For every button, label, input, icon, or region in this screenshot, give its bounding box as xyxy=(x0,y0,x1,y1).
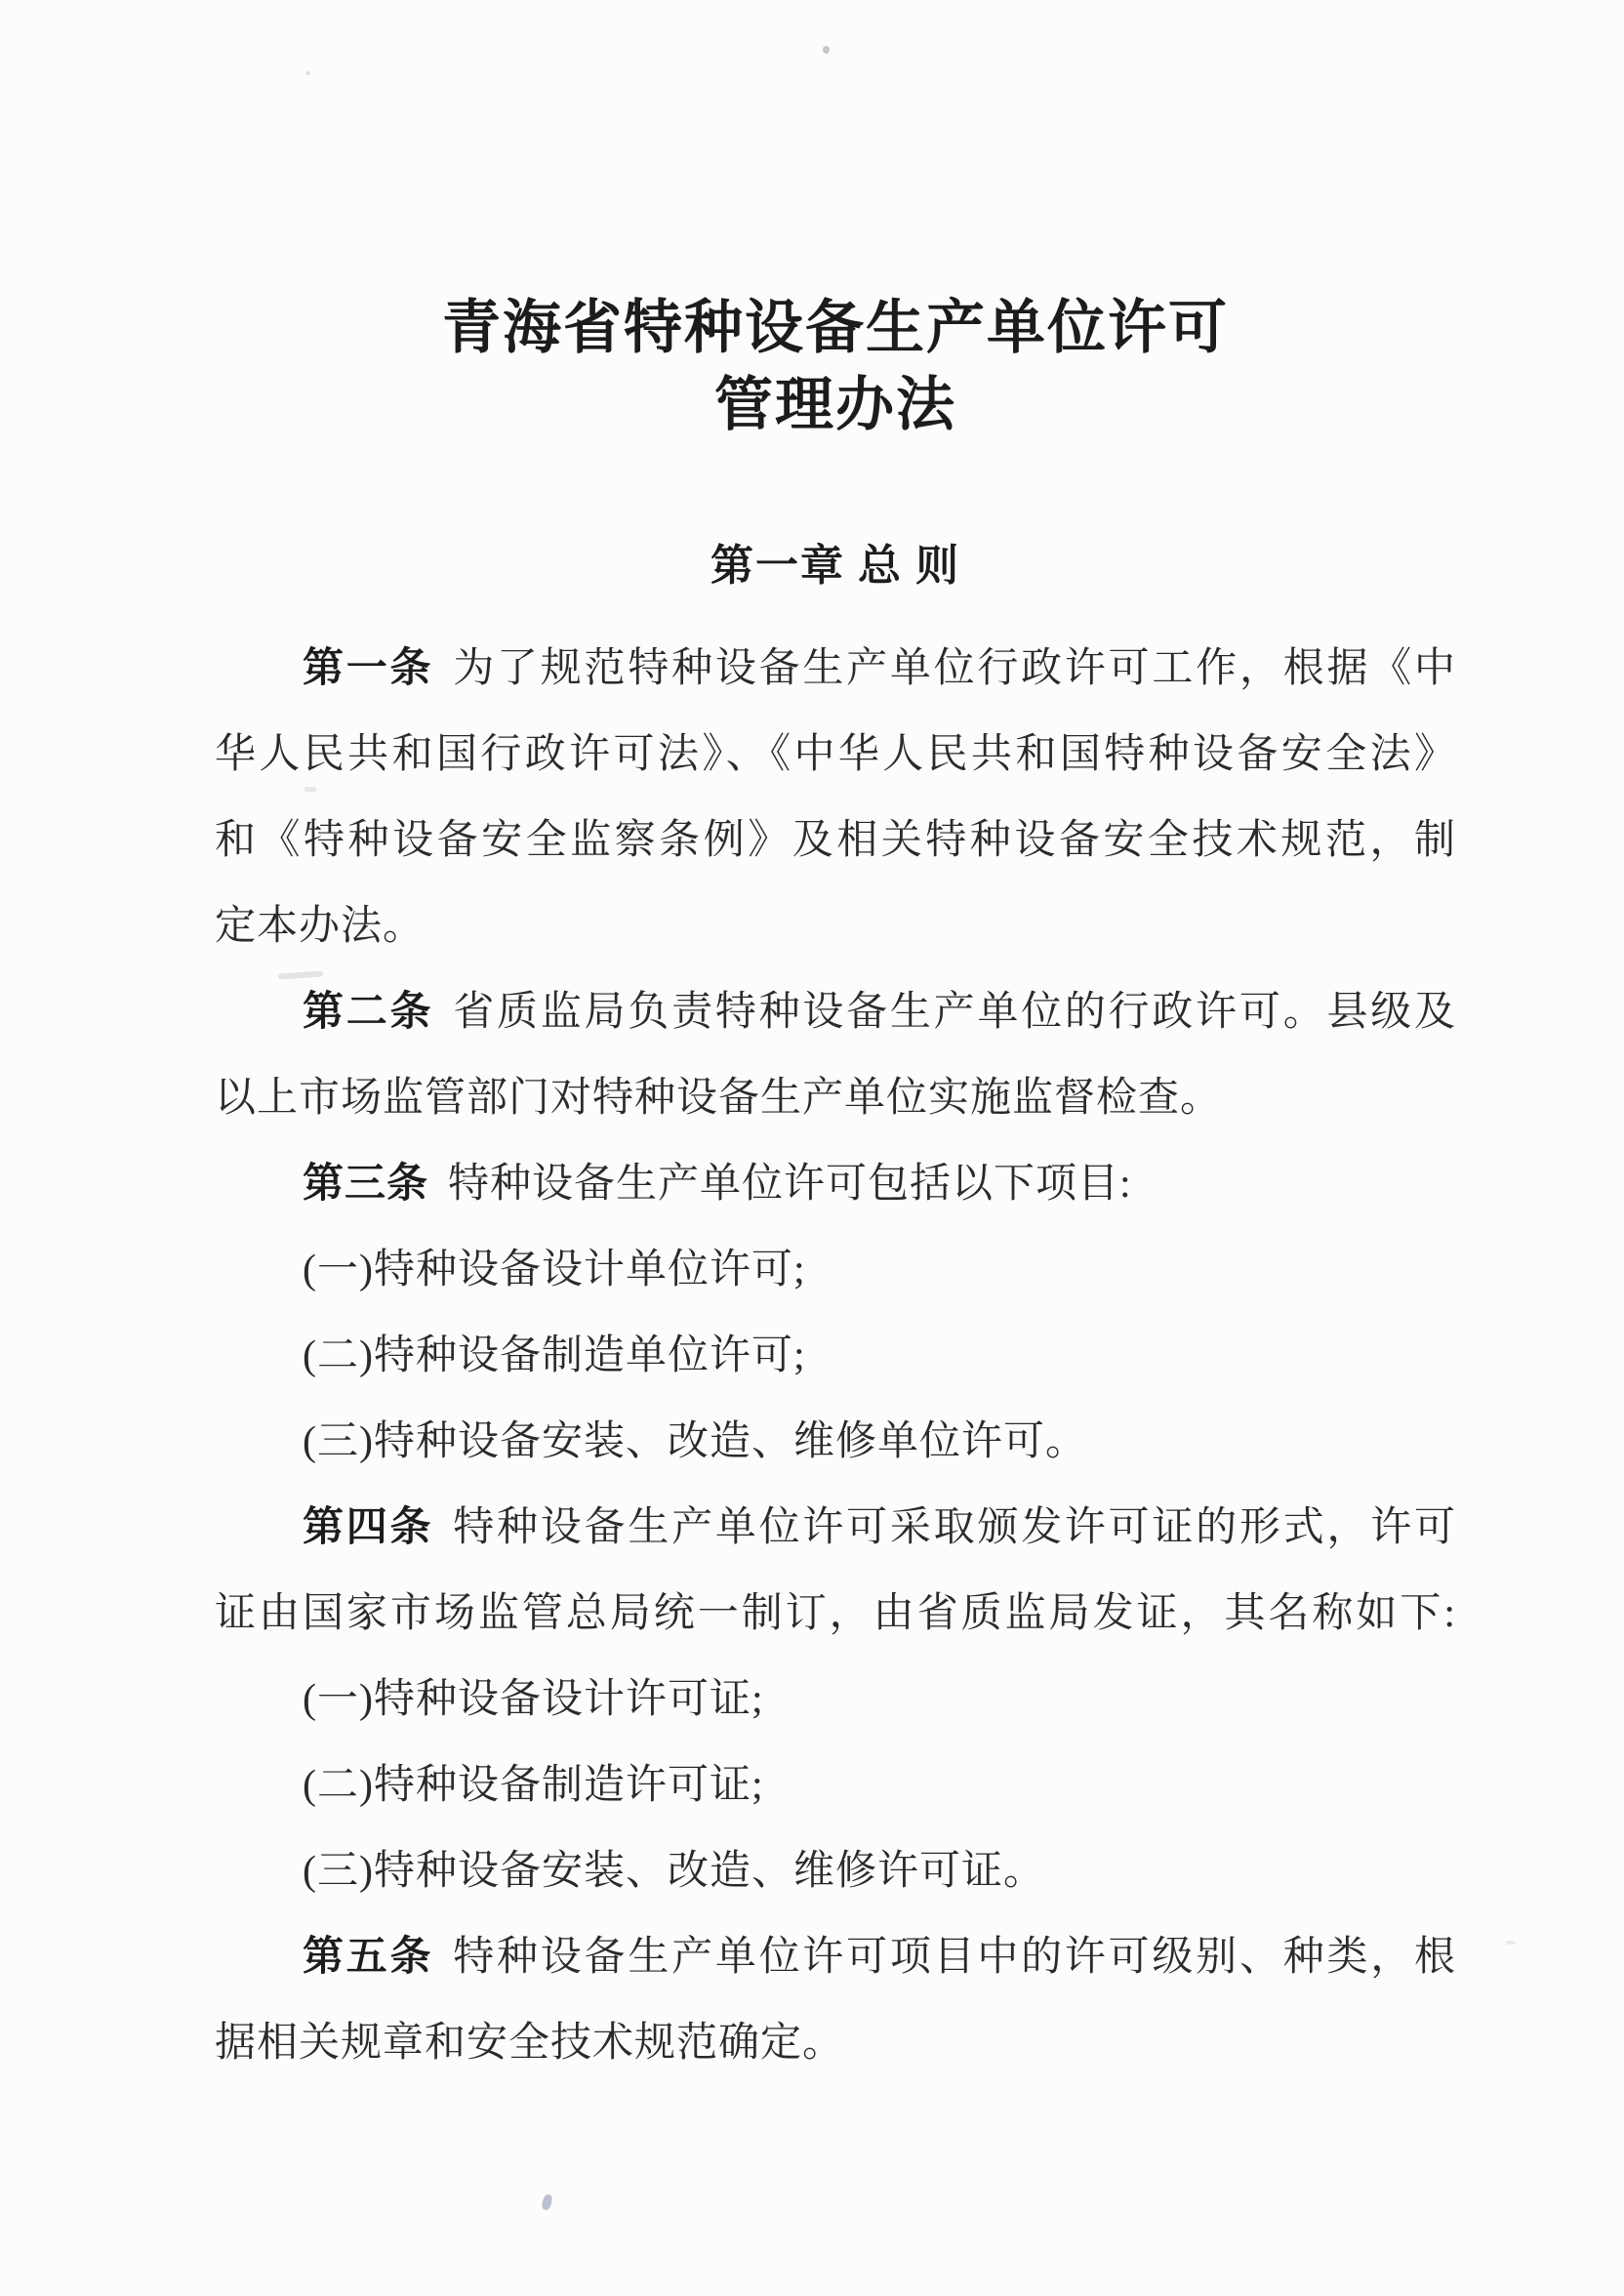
text-line: 华人民共和国行政许可法》、《中华人民共和国特种设备安全法》 xyxy=(215,712,1456,798)
text-line: 定本办法。 xyxy=(215,883,1456,969)
text-line: 证由国家市场监管总局统一制订，由省质监局发证，其名称如下: xyxy=(215,1571,1456,1657)
text-line: 据相关规章和安全技术规范确定。 xyxy=(215,2000,1456,2086)
list-item-line: (一)特种设备设计单位许可; xyxy=(215,1227,1456,1313)
line-text: 特种设备生产单位许可项目中的许可级别、种类，根 xyxy=(453,1935,1456,1980)
text-line: 和《特种设备安全监察条例》及相关特种设备安全技术规范，制 xyxy=(215,798,1456,883)
line-text: (二)特种设备制造单位许可; xyxy=(303,1333,806,1378)
line-text: 定本办法。 xyxy=(215,904,425,949)
line-text: 特种设备生产单位许可包括以下项目: xyxy=(448,1162,1132,1207)
ink-fleck xyxy=(541,2193,553,2211)
article-text: 第一条为了规范特种设备生产单位行政许可工作，根据《中 华人民共和国行政许可法》、… xyxy=(215,626,1456,2086)
line-text: (一)特种设备设计单位许可; xyxy=(303,1248,806,1292)
line-text: 特种设备生产单位许可采取颁发许可证的形式，许可 xyxy=(453,1505,1456,1550)
list-item-line: (一)特种设备设计许可证; xyxy=(215,1657,1456,1742)
list-item-line: (二)特种设备制造许可证; xyxy=(215,1742,1456,1828)
article-number: 第二条 xyxy=(303,990,433,1035)
list-item-line: (二)特种设备制造单位许可; xyxy=(215,1313,1456,1399)
text-line: 以上市场监管部门对特种设备生产单位实施监督检查。 xyxy=(215,1055,1456,1141)
list-item-line: (三)特种设备安装、改造、维修许可证。 xyxy=(215,1828,1456,1914)
text-line: 第四条特种设备生产单位许可采取颁发许可证的形式，许可 xyxy=(215,1485,1456,1571)
list-item-line: (三)特种设备安装、改造、维修单位许可。 xyxy=(215,1399,1456,1485)
text-line: 第一条为了规范特种设备生产单位行政许可工作，根据《中 xyxy=(215,626,1456,712)
text-line: 第五条特种设备生产单位许可项目中的许可级别、种类，根 xyxy=(215,1914,1456,2000)
text-line: 第三条特种设备生产单位许可包括以下项目: xyxy=(215,1141,1456,1227)
line-text: (三)特种设备安装、改造、维修单位许可。 xyxy=(303,1419,1087,1464)
text-line: 第二条省质监局负责特种设备生产单位的行政许可。县级及 xyxy=(215,969,1456,1055)
line-text: 为了规范特种设备生产单位行政许可工作，根据《中 xyxy=(453,646,1456,691)
article-number: 第三条 xyxy=(303,1162,428,1207)
document-title: 青海省特种设备生产单位许可 管理办法 xyxy=(215,290,1456,444)
line-text: (三)特种设备安装、改造、维修许可证。 xyxy=(303,1849,1045,1894)
document-page: 青海省特种设备生产单位许可 管理办法 第一章 总 则 第一条为了规范特种设备生产… xyxy=(0,0,1624,2296)
chapter-heading: 第一章 总 则 xyxy=(215,538,1456,594)
line-text: (二)特种设备制造许可证; xyxy=(303,1763,764,1808)
article-number: 第五条 xyxy=(303,1935,433,1980)
line-text: 和《特种设备安全监察条例》及相关特种设备安全技术规范，制 xyxy=(215,818,1456,863)
line-text: 省质监局负责特种设备生产单位的行政许可。县级及 xyxy=(453,990,1456,1035)
scan-speck xyxy=(1506,1941,1516,1945)
article-number: 第一条 xyxy=(303,646,433,691)
line-text: 据相关规章和安全技术规范确定。 xyxy=(215,2021,844,2066)
text-block: 青海省特种设备生产单位许可 管理办法 第一章 总 则 第一条为了规范特种设备生产… xyxy=(215,0,1456,2086)
line-text: (一)特种设备设计许可证; xyxy=(303,1677,764,1722)
document-title-line1: 青海省特种设备生产单位许可 xyxy=(442,294,1229,362)
document-title-line2: 管理办法 xyxy=(714,371,956,439)
line-text: 证由国家市场监管总局统一制订，由省质监局发证，其名称如下: xyxy=(215,1591,1456,1636)
article-number: 第四条 xyxy=(303,1505,433,1550)
line-text: 华人民共和国行政许可法》、《中华人民共和国特种设备安全法》 xyxy=(215,732,1456,777)
line-text: 以上市场监管部门对特种设备生产单位实施监督检查。 xyxy=(215,1076,1222,1121)
